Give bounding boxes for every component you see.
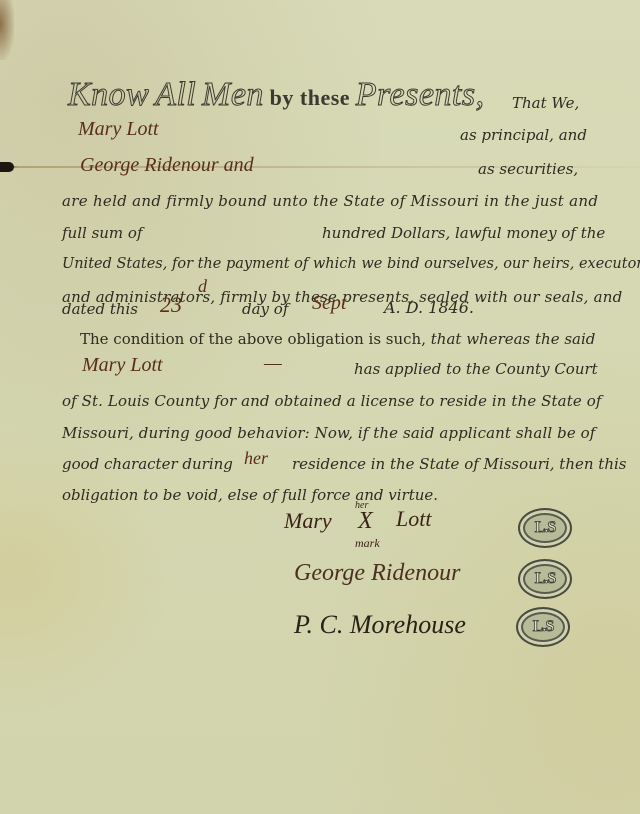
- condition-line-2: has applied to the County Court: [354, 360, 598, 378]
- heading-word-by-these: by these: [270, 85, 350, 110]
- edge-stain: [0, 0, 14, 60]
- heading-word-presents: Presents,: [356, 76, 485, 113]
- date-day: 23: [160, 292, 182, 318]
- sum-label: full sum of: [62, 224, 143, 242]
- principal-name: Mary Lott: [78, 118, 159, 141]
- condition-line-3: of St. Louis County for and obtained a l…: [62, 392, 601, 410]
- securities-label: as securities,: [478, 160, 578, 178]
- signature-3-name: P. C. Morehouse: [294, 610, 466, 640]
- seal-label: L.S: [535, 570, 556, 588]
- seal-label: L.S: [533, 618, 554, 636]
- heading-word-men: Men: [202, 76, 264, 113]
- seal-icon-1: L.S: [518, 508, 572, 548]
- signature-1-surname: Lott: [396, 506, 431, 532]
- applicant-pronoun: her: [244, 448, 268, 469]
- day-of-label: day of: [242, 300, 288, 318]
- signature-1-mark: X: [358, 508, 373, 535]
- signature-2-name: George Ridenour: [294, 560, 460, 587]
- sum-label-tail: hundred Dollars, lawful money of the: [322, 224, 605, 242]
- document-heading: Know All Men by these Presents,: [68, 76, 485, 114]
- document-page: Know All Men by these Presents, That We,…: [0, 0, 640, 814]
- date-day-suffix: d: [198, 276, 207, 297]
- principal-label: as principal, and: [460, 126, 587, 144]
- condition-upright-text: The condition of the above obligation is…: [80, 330, 426, 348]
- condition-line-4: Missouri, during good behavior: Now, if …: [62, 424, 595, 442]
- condition-line-5a: good character during: [62, 455, 233, 473]
- heading-word-all: All: [155, 76, 196, 113]
- signature-1-name: Mary: [284, 508, 332, 534]
- condition-line-1: The condition of the above obligation is…: [80, 330, 595, 348]
- date-month: Sept: [312, 292, 346, 315]
- seal-icon-3: L.S: [516, 607, 570, 647]
- seal-icon-2: L.S: [518, 559, 572, 599]
- date-year: A. D. 1846.: [384, 298, 474, 317]
- condition-line-5b: residence in the State of Missouri, then…: [292, 455, 626, 473]
- signature-1-below: mark: [355, 536, 380, 551]
- securities-names: George Ridenour and: [80, 154, 254, 177]
- ink-blot: [0, 162, 14, 172]
- applicant-name: Mary Lott: [82, 354, 163, 377]
- condition-line-6: obligation to be void, else of full forc…: [62, 486, 438, 504]
- applicant-dash: —: [264, 352, 282, 375]
- condition-italic-text: that whereas the said: [431, 330, 596, 348]
- heading-script-tail: That We,: [512, 94, 579, 112]
- bond-text-line-3: United States, for the payment of which …: [62, 256, 640, 272]
- heading-word-know: Know: [68, 76, 149, 113]
- seal-label: L.S: [535, 519, 556, 537]
- bond-text-line-1: are held and firmly bound unto the State…: [62, 192, 598, 210]
- dated-label: dated this: [62, 300, 138, 318]
